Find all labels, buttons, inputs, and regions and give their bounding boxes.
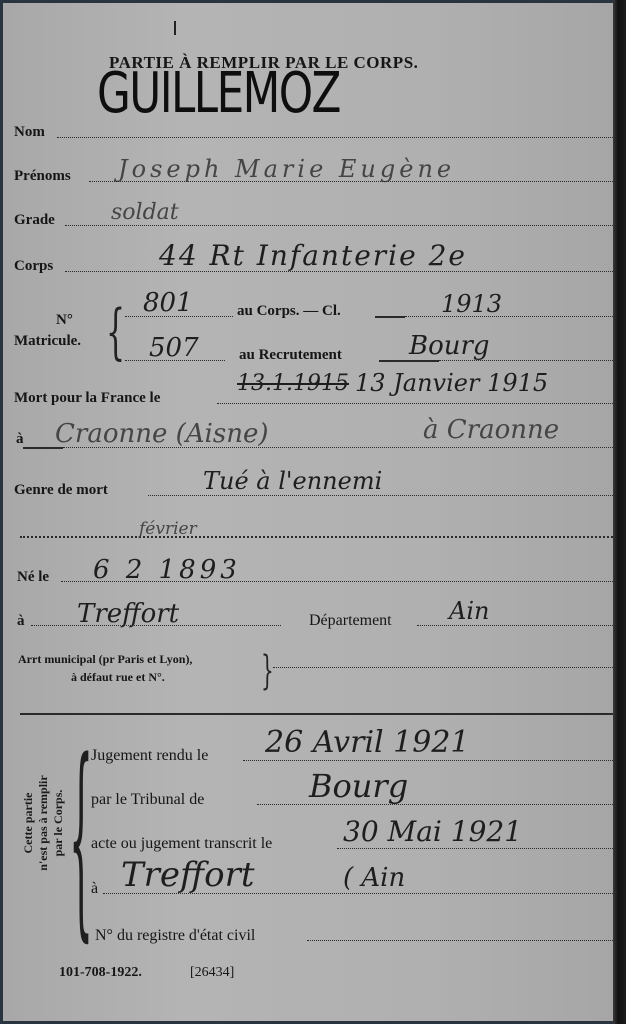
mort-place-value: Craonne (Aisne) [55, 419, 268, 449]
matricule-label: Matricule. [14, 333, 81, 350]
lieu-value: Treffort [121, 855, 255, 895]
side-note-line-2: n'est pas à remplir [36, 743, 51, 903]
recrutement-line-lead [379, 360, 439, 362]
mort-struck-value: 13.1.1915 [237, 371, 349, 396]
jugement-rendu-line [243, 760, 613, 761]
death-record-card: PARTIE À REMPLIR PAR LE CORPS. GUILLEMOZ… [3, 3, 613, 1021]
arr-label-2: à défaut rue et N°. [71, 670, 165, 685]
mort-place-extra: à Craonne [423, 415, 559, 445]
registre-line [307, 940, 613, 941]
prenoms-line [89, 181, 613, 182]
arr-brace: } [261, 648, 274, 694]
prenoms-value: Joseph Marie Eugène [118, 155, 455, 183]
section-divider-1 [20, 536, 613, 538]
recrutement-place-value: Bourg [409, 331, 490, 361]
genre-mort-label: Genre de mort [14, 482, 108, 499]
arr-line [273, 667, 613, 668]
lieu-line [103, 893, 613, 894]
matricule-recrutement-line [125, 360, 225, 361]
tribunal-value: Bourg [309, 767, 408, 805]
grade-line [65, 225, 613, 226]
mort-value: 13 Janvier 1915 [355, 369, 548, 397]
transcrit-line [337, 848, 613, 849]
naissance-month-note: février [139, 519, 197, 539]
print-code: [26434] [190, 965, 234, 981]
matricule-label-no: N° [56, 312, 73, 329]
arr-label-1: Arrt municipal (pr Paris et Lyon), [18, 652, 192, 667]
transcrit-label: acte ou jugement transcrit le [91, 835, 272, 853]
genre-mort-line [148, 495, 613, 496]
nom-label: Nom [14, 124, 45, 141]
corps-label: Corps [14, 258, 53, 275]
side-note-line-3: par le Corps. [51, 743, 66, 903]
departement-line [417, 625, 613, 626]
naissance-place-line [31, 625, 281, 626]
departement-label: Département [309, 612, 392, 630]
naissance-place-prefix: à [17, 613, 25, 630]
lieu-prefix: à [91, 880, 98, 898]
mort-place-lead [23, 447, 63, 449]
scan-edge [613, 0, 626, 1024]
naissance-line [61, 581, 613, 582]
tribunal-label: par le Tribunal de [91, 791, 204, 809]
jugement-brace: { [69, 733, 93, 943]
nom-line [57, 137, 613, 138]
registre-label: N° du registre d'état civil [95, 927, 255, 945]
side-note: Cette partie n'est pas à remplir par le … [21, 743, 66, 903]
mort-place-line [63, 447, 613, 448]
naissance-label: Né le [17, 569, 49, 586]
classe-line-lead [375, 316, 405, 318]
matricule-corps-line [125, 316, 233, 317]
jugement-rendu-label: Jugement rendu le [91, 747, 208, 765]
mort-line [217, 403, 613, 404]
mort-label: Mort pour la France le [14, 390, 160, 407]
grade-value: soldat [111, 200, 179, 225]
departement-value: Ain [449, 597, 489, 625]
matricule-brace: { [106, 297, 125, 367]
corps-line [65, 271, 613, 272]
ink-mark [174, 21, 176, 35]
mort-place-prefix: à [16, 431, 24, 448]
corps-value: 44 Rt Infanterie 2e [159, 239, 467, 272]
genre-mort-value: Tué à l'ennemi [203, 467, 382, 495]
transcrit-value: 30 Mai 1921 [343, 815, 522, 848]
classe-line [405, 316, 613, 317]
nom-value: GUILLEMOZ [97, 61, 340, 126]
prenoms-label: Prénoms [14, 168, 71, 185]
matricule-corps-value: 801 [143, 288, 193, 318]
grade-label: Grade [14, 212, 55, 229]
jugement-rendu-value: 26 Avril 1921 [265, 725, 470, 760]
tribunal-line [257, 804, 613, 805]
recrutement-line [439, 360, 613, 361]
matricule-recrutement-label: au Recrutement [239, 347, 342, 364]
side-note-line-1: Cette partie [21, 743, 36, 903]
print-reference: 101-708-1922. [59, 965, 142, 981]
section-divider-2 [20, 713, 613, 715]
matricule-recrutement-value: 507 [149, 333, 199, 363]
lieu-extra: ( Ain [343, 863, 405, 893]
matricule-corps-label: au Corps. — Cl. [237, 303, 341, 320]
classe-value: 1913 [441, 290, 502, 318]
